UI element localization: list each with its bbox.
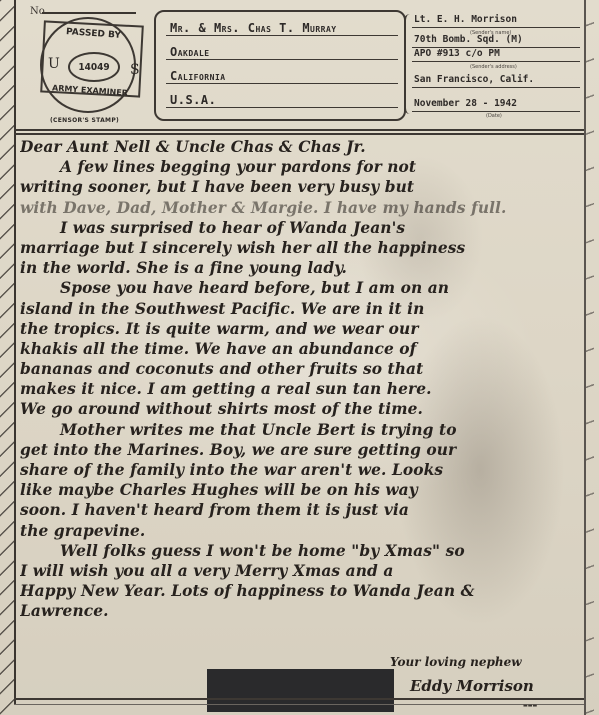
letter-line: We go around without shirts most of the … [20,399,580,419]
recipient-address-box: Mr. & Mrs. Chas T. Murray Oakdale Califo… [154,10,406,121]
number-rule [42,12,136,14]
letter-line: Spose you have heard before, but I am on… [20,278,580,298]
letter-line: A few lines begging your pardons for not [20,157,580,177]
letter-line: khakis all the time. We have an abundanc… [20,339,580,359]
stamp-number: 14049 [68,52,120,82]
letter-line: Well folks guess I won't be home "by Xma… [20,541,580,561]
letter-body: Dear Aunt Nell & Uncle Chas & Chas Jr. A… [20,137,580,622]
letter-line: marriage but I sincerely wish her all th… [20,238,580,258]
header-rule [14,129,584,131]
stamp-caption: (CENSOR'S STAMP) [50,117,119,124]
letter-line: with Dave, Dad, Mother & Margie. I have … [20,198,580,218]
letter-line: the tropics. It is quite warm, and we we… [20,319,580,339]
left-border-line [14,0,16,705]
salutation: Dear Aunt Nell & Uncle Chas & Chas Jr. [20,137,580,157]
letter-line: the grapevine. [20,521,580,541]
vmail-letter-sheet: No. PASSED BY U 14049 S ARMY EXAMINER (C… [0,0,599,715]
right-perforation-ticks [584,0,594,715]
sender-city: San Francisco, Calif. [412,74,580,88]
stamp-left-letter: U [48,56,60,72]
letter-closing: Your loving nephew [390,655,522,669]
recipient-line: California [166,62,398,84]
recipient-line: Mr. & Mrs. Chas T. Murray [166,14,398,36]
stamp-right-letter: S [130,62,140,78]
letter-line: in the world. She is a fine young lady. [20,258,580,278]
hatched-border [0,0,14,715]
letter-line: I was surprised to hear of Wanda Jean's [20,218,580,238]
recipient-line: U.S.A. [166,86,398,108]
date-label: (Date) [486,113,502,119]
recipient-line: Oakdale [166,38,398,60]
sender-apo: APO #913 c/o PM [412,48,580,62]
sender-address-label: (Sender's address) [470,64,517,70]
letter-line: Happy New Year. Lots of happiness to Wan… [20,581,580,601]
bottom-rule [14,698,584,700]
letter-line: island in the Southwest Pacific. We are … [20,299,580,319]
letter-date: November 28 - 1942 [412,98,580,112]
form-code: ▬▬▬ [523,703,537,709]
letter-line: get into the Marines. Boy, we are sure g… [20,440,580,460]
letter-line: Mother writes me that Uncle Bert is tryi… [20,420,580,440]
letter-line: like maybe Charles Hughes will be on his… [20,480,580,500]
redaction-bar [207,669,394,712]
letter-line: I will wish you all a very Merry Xmas an… [20,561,580,581]
sender-bracket [404,14,412,114]
letter-line: soon. I haven't heard from them it is ju… [20,500,580,520]
letter-line: share of the family into the war aren't … [20,460,580,480]
bottom-rule [14,704,584,705]
header-rule [14,133,584,135]
sender-name: Lt. E. H. Morrison [412,14,580,28]
letter-signature: Eddy Morrison [410,677,534,695]
letter-line: bananas and coconuts and other fruits so… [20,359,580,379]
sender-unit: 70th Bomb. Sqd. (M) [412,34,580,48]
letter-line: makes it nice. I am getting a real sun t… [20,379,580,399]
letter-line: writing sooner, but I have been very bus… [20,177,580,197]
letter-line: Lawrence. [20,601,580,621]
